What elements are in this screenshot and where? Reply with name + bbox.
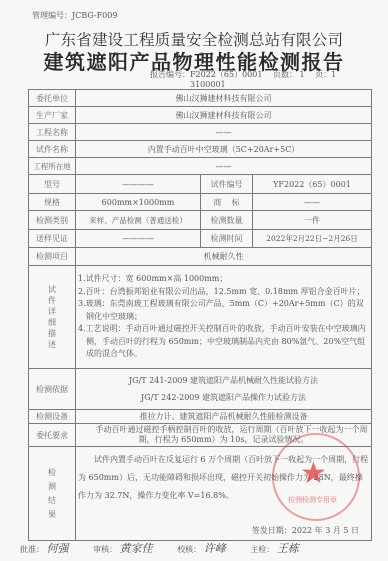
row-test-type: 检测类别 来样、产品检测（普通送检） 检测数量 一件: [29, 211, 372, 230]
manufacturer-label: 生产厂家: [29, 107, 76, 124]
basis-value: JG/T 241-2009 建筑遮阳产品机械耐久性能试验方法 JG/T 242-…: [76, 369, 372, 410]
approve-label: 批准：: [20, 544, 44, 555]
row-witness: 送样见证 ———— 检测时间 2022年2月22日~2月26日: [29, 230, 372, 248]
test-qty-value: 一件: [253, 211, 372, 230]
description-line: 3.玻璃：东莞南玻工程玻璃有限公司产品，5mm（C）+20Ar+5mm（C）的双…: [78, 298, 369, 323]
requirement-label: 委托要求: [29, 424, 76, 447]
project-location-label: 工程所在地: [29, 158, 76, 175]
star-icon: ★: [300, 459, 327, 489]
client-value: 佛山汉狮建材科技有限公司: [76, 90, 372, 107]
management-number: 管理编号：JCBG-F009: [32, 10, 117, 21]
description-line: 1.试件尺寸：宽 600mm×高 1000mm；: [78, 273, 369, 286]
issue-date: 签发日期：2022 年 3 月 5 日: [252, 525, 359, 536]
stamp-text: 检测检测专用章: [288, 495, 337, 505]
review-signature: 黄家佳: [120, 542, 153, 555]
report-number-block: 报告编号：F2022（65）0001 页数： 1 页：1 3100001: [150, 70, 344, 90]
basis-line: JG/T 242-2009 建筑遮阳产品操作力试验方法: [78, 389, 369, 406]
official-stamp: ★ 检测检测专用章: [272, 433, 360, 521]
page-count: 页数： 1: [273, 70, 305, 79]
row-spec: 规格 600mm×1000mm 商 标 ——: [29, 194, 372, 211]
row-model: 型号 ———— 试件编号 YF2022（65）0001: [29, 175, 372, 194]
model-value: ————: [76, 175, 201, 194]
description-label: 试 件 详 细 描 述: [29, 266, 76, 369]
description-line: 4.工艺说明：手动百叶通过磁控开关控制百叶的收放，手动百叶安装在中空玻璃内侧，手…: [78, 323, 369, 361]
approve-signature: 何强: [47, 542, 69, 555]
check-label: 校核：: [177, 544, 201, 555]
test-type-value: 来样、产品检测（普通送检）: [76, 211, 201, 230]
signature-row: 批准： 何强 审核： 黄家佳 校核： 许峰 主检： 王栋: [20, 540, 380, 556]
basis-label: 检测依据: [29, 369, 76, 410]
project-name-label: 工程名称: [29, 124, 76, 141]
row-project-location: 工程所在地 ——: [29, 158, 372, 175]
sample-name-label: 试件名称: [29, 141, 76, 158]
equipment-label: 检测设备: [29, 410, 76, 424]
sample-no-label: 试件编号: [201, 175, 253, 194]
report-number: 报告编号：F2022（65）0001: [150, 70, 262, 79]
test-time-value: 2022年2月22日~2月26日: [253, 230, 372, 248]
row-project-name: 工程名称 ——: [29, 124, 372, 141]
row-description: 试 件 详 细 描 述 1.试件尺寸：宽 600mm×高 1000mm； 2.百…: [29, 266, 372, 369]
witness-label: 送样见证: [29, 230, 76, 248]
brand-value: ——: [253, 194, 372, 211]
main-inspector-label: 主检：: [250, 544, 274, 555]
test-item-value: 机械耐久性: [76, 248, 372, 266]
test-item-label: 检测项目: [29, 248, 76, 266]
manufacturer-value: 佛山汉狮建材科技有限公司: [76, 107, 372, 124]
basis-line: JG/T 241-2009 建筑遮阳产品机械耐久性能试验方法: [78, 372, 369, 389]
spec-value: 600mm×1000mm: [76, 194, 201, 211]
test-type-label: 检测类别: [29, 211, 76, 230]
brand-label: 商 标: [201, 194, 253, 211]
description-value: 1.试件尺寸：宽 600mm×高 1000mm； 2.百叶：台湾振邦铝业有限公司…: [76, 266, 372, 369]
project-location-value: ——: [76, 158, 372, 175]
test-qty-label: 检测数量: [201, 211, 253, 230]
client-label: 委托单位: [29, 90, 76, 107]
main-inspector-signature: 王栋: [277, 542, 299, 555]
row-test-item: 检测项目 机械耐久性: [29, 248, 372, 266]
row-basis: 检测依据 JG/T 241-2009 建筑遮阳产品机械耐久性能试验方法 JG/T…: [29, 369, 372, 410]
witness-value: ————: [76, 230, 201, 248]
row-sample-name: 试件名称 内置手动百叶中空玻璃（5C+20Ar+5C）: [29, 141, 372, 158]
equipment-value: 推拉力计、建筑遮阳产品机械耐久性能检测设备: [76, 410, 372, 424]
review-label: 审核：: [93, 544, 117, 555]
model-label: 型号: [29, 175, 76, 194]
check-signature: 许峰: [204, 542, 226, 555]
sample-no-value: YF2022（65）0001: [253, 175, 372, 194]
spec-label: 规格: [29, 194, 76, 211]
test-time-label: 检测时间: [201, 230, 253, 248]
description-line: 2.百叶：台湾振邦铝业有限公司出品，12.5mm 宽、0.18mm 厚铝合金百叶…: [78, 286, 369, 299]
page-number: 页：1: [315, 70, 336, 79]
row-client: 委托单位 佛山汉狮建材科技有限公司: [29, 90, 372, 107]
row-equipment: 检测设备 推拉力计、建筑遮阳产品机械耐久性能检测设备: [29, 410, 372, 424]
project-name-value: ——: [76, 124, 372, 141]
sample-name-value: 内置手动百叶中空玻璃（5C+20Ar+5C）: [76, 141, 372, 158]
result-label: 检 测 结 果: [29, 447, 76, 541]
row-manufacturer: 生产厂家 佛山汉狮建材科技有限公司: [29, 107, 372, 124]
